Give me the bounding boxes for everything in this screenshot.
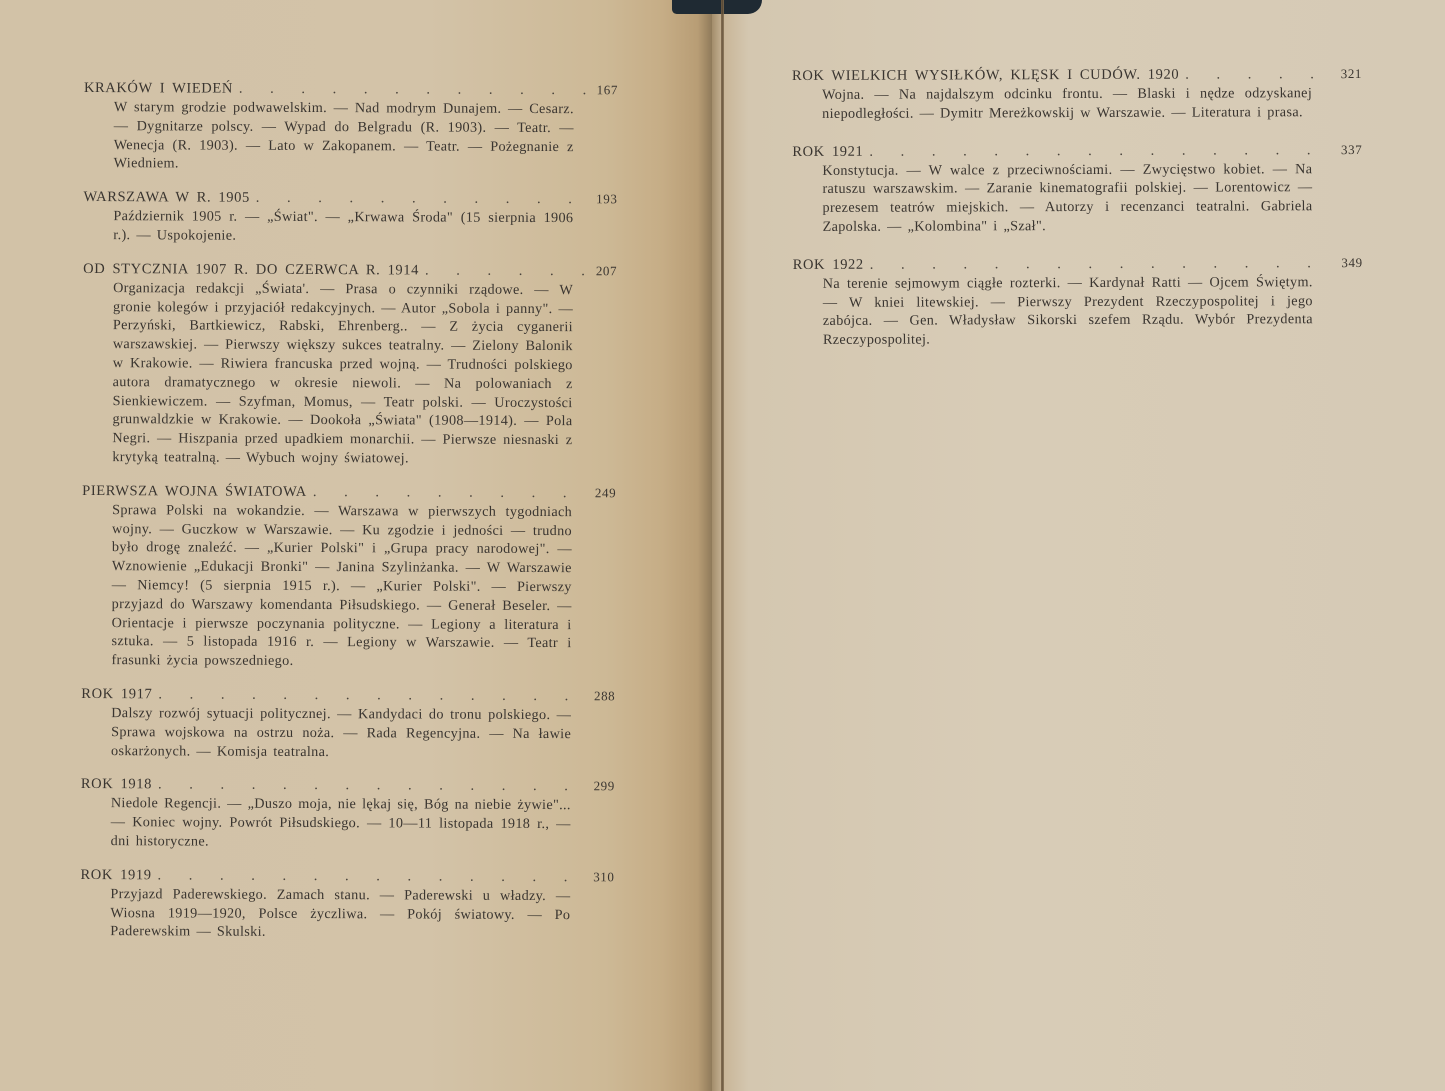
leader-dots: . . . . . . . . . . . . . . . . . . . . … bbox=[158, 775, 583, 797]
toc-entry: PIERWSZA WOJNA ŚWIATOWA . . . . . . . . … bbox=[81, 481, 612, 672]
toc-entry: WARSZAWA W R. 1905 . . . . . . . . . . .… bbox=[83, 187, 613, 247]
toc-entry: ROK WIELKICH WYSIŁKÓW, KLĘSK I CUDÓW. 19… bbox=[792, 64, 1358, 124]
table-of-contents-right: ROK WIELKICH WYSIŁKÓW, KLĘSK I CUDÓW. 19… bbox=[792, 64, 1359, 368]
toc-entry-heading: ROK WIELKICH WYSIŁKÓW, KLĘSK I CUDÓW. 19… bbox=[792, 64, 1358, 86]
leader-dots: . . . . . . . . . . . . . . . . . . . . … bbox=[1185, 64, 1330, 85]
toc-entry-heading: ROK 1921 . . . . . . . . . . . . . . . .… bbox=[792, 140, 1358, 162]
leader-dots: . . . . . . . . . . . . . . . . . . . . … bbox=[158, 684, 583, 706]
chapter-title: ROK 1917 bbox=[81, 684, 152, 704]
leader-dots: . . . . . . . . . . . . . . . . . . . . … bbox=[313, 482, 584, 503]
toc-entry: ROK 1921 . . . . . . . . . . . . . . . .… bbox=[792, 140, 1358, 237]
chapter-summary: W starym grodzie podwawelskim. — Nad mod… bbox=[114, 98, 574, 175]
toc-entry-heading: OD STYCZNIA 1907 R. DO CZERWCA R. 1914 .… bbox=[83, 259, 613, 281]
page-number: 299 bbox=[589, 777, 615, 797]
chapter-title: ROK WIELKICH WYSIŁKÓW, KLĘSK I CUDÓW. 19… bbox=[792, 65, 1179, 86]
page-number: 249 bbox=[590, 483, 616, 503]
page-number: 207 bbox=[591, 261, 617, 281]
leader-dots: . . . . . . . . . . . . . . . . . . . . … bbox=[870, 253, 1331, 275]
right-page: ROK WIELKICH WYSIŁKÓW, KLĘSK I CUDÓW. 19… bbox=[712, 0, 1445, 1091]
chapter-title: OD STYCZNIA 1907 R. DO CZERWCA R. 1914 bbox=[83, 259, 419, 280]
toc-entry-heading: KRAKÓW I WIEDEŃ . . . . . . . . . . . . … bbox=[84, 78, 614, 100]
toc-entry-heading: ROK 1917 . . . . . . . . . . . . . . . .… bbox=[81, 684, 611, 706]
table-of-contents-left: KRAKÓW I WIEDEŃ . . . . . . . . . . . . … bbox=[80, 78, 614, 957]
book-spine-cover bbox=[672, 0, 762, 14]
page-number: 288 bbox=[589, 686, 615, 706]
leader-dots: . . . . . . . . . . . . . . . . . . . . … bbox=[158, 865, 583, 887]
toc-entry: ROK 1917 . . . . . . . . . . . . . . . .… bbox=[81, 684, 611, 763]
chapter-summary: Konstytucja. — W walce z przeciwnościami… bbox=[822, 160, 1312, 237]
book-spread: KRAKÓW I WIEDEŃ . . . . . . . . . . . . … bbox=[0, 0, 1445, 1091]
page-number: 310 bbox=[588, 867, 614, 887]
chapter-summary: Organizacja redakcji „Świata'. — Prasa o… bbox=[112, 279, 573, 469]
left-page: KRAKÓW I WIEDEŃ . . . . . . . . . . . . … bbox=[0, 0, 712, 1091]
leader-dots: . . . . . . . . . . . . . . . . . . . . … bbox=[239, 79, 586, 101]
page-number: 337 bbox=[1336, 140, 1362, 160]
toc-entry-heading: PIERWSZA WOJNA ŚWIATOWA . . . . . . . . … bbox=[82, 481, 612, 503]
chapter-title: ROK 1919 bbox=[80, 865, 151, 885]
chapter-title: ROK 1918 bbox=[81, 774, 152, 794]
leader-dots: . . . . . . . . . . . . . . . . . . . . … bbox=[425, 260, 585, 281]
toc-entry-heading: WARSZAWA W R. 1905 . . . . . . . . . . .… bbox=[83, 187, 613, 209]
chapter-summary: Wojna. — Na najdalszym odcinku frontu. —… bbox=[822, 84, 1312, 123]
chapter-title: KRAKÓW I WIEDEŃ bbox=[84, 78, 233, 99]
page-number: 193 bbox=[591, 189, 617, 209]
chapter-title: WARSZAWA W R. 1905 bbox=[83, 187, 249, 208]
chapter-summary: Niedole Regencji. — „Duszo moja, nie lęk… bbox=[111, 794, 571, 852]
toc-entry-heading: ROK 1919 . . . . . . . . . . . . . . . .… bbox=[80, 865, 610, 887]
toc-entry: ROK 1918 . . . . . . . . . . . . . . . .… bbox=[81, 774, 611, 853]
toc-entry-heading: ROK 1922 . . . . . . . . . . . . . . . .… bbox=[793, 253, 1359, 275]
toc-entry: OD STYCZNIA 1907 R. DO CZERWCA R. 1914 .… bbox=[82, 259, 613, 469]
toc-entry: ROK 1919 . . . . . . . . . . . . . . . .… bbox=[80, 865, 610, 944]
page-number: 167 bbox=[592, 80, 618, 100]
book-gutter bbox=[721, 0, 724, 1091]
chapter-title: PIERWSZA WOJNA ŚWIATOWA bbox=[82, 481, 307, 502]
chapter-summary: Przyjazd Paderewskiego. Zamach stanu. — … bbox=[110, 885, 570, 943]
chapter-title: ROK 1921 bbox=[792, 141, 863, 161]
page-number: 349 bbox=[1337, 253, 1363, 273]
chapter-summary: Sprawa Polski na wokandzie. — Warszawa w… bbox=[111, 501, 572, 672]
chapter-summary: Dalszy rozwój sytuacji politycznej. — Ka… bbox=[111, 704, 571, 762]
leader-dots: . . . . . . . . . . . . . . . . . . . . … bbox=[256, 188, 586, 209]
chapter-title: ROK 1922 bbox=[793, 255, 864, 275]
page-number: 321 bbox=[1336, 64, 1362, 84]
leader-dots: . . . . . . . . . . . . . . . . . . . . … bbox=[869, 140, 1330, 162]
toc-entry: KRAKÓW I WIEDEŃ . . . . . . . . . . . . … bbox=[84, 78, 614, 175]
toc-entry: ROK 1922 . . . . . . . . . . . . . . . .… bbox=[793, 253, 1359, 350]
toc-entry-heading: ROK 1918 . . . . . . . . . . . . . . . .… bbox=[81, 774, 611, 796]
chapter-summary: Październik 1905 r. — „Świat". — „Krwawa… bbox=[113, 207, 573, 247]
chapter-summary: Na terenie sejmowym ciągłe rozterki. — K… bbox=[823, 273, 1313, 350]
